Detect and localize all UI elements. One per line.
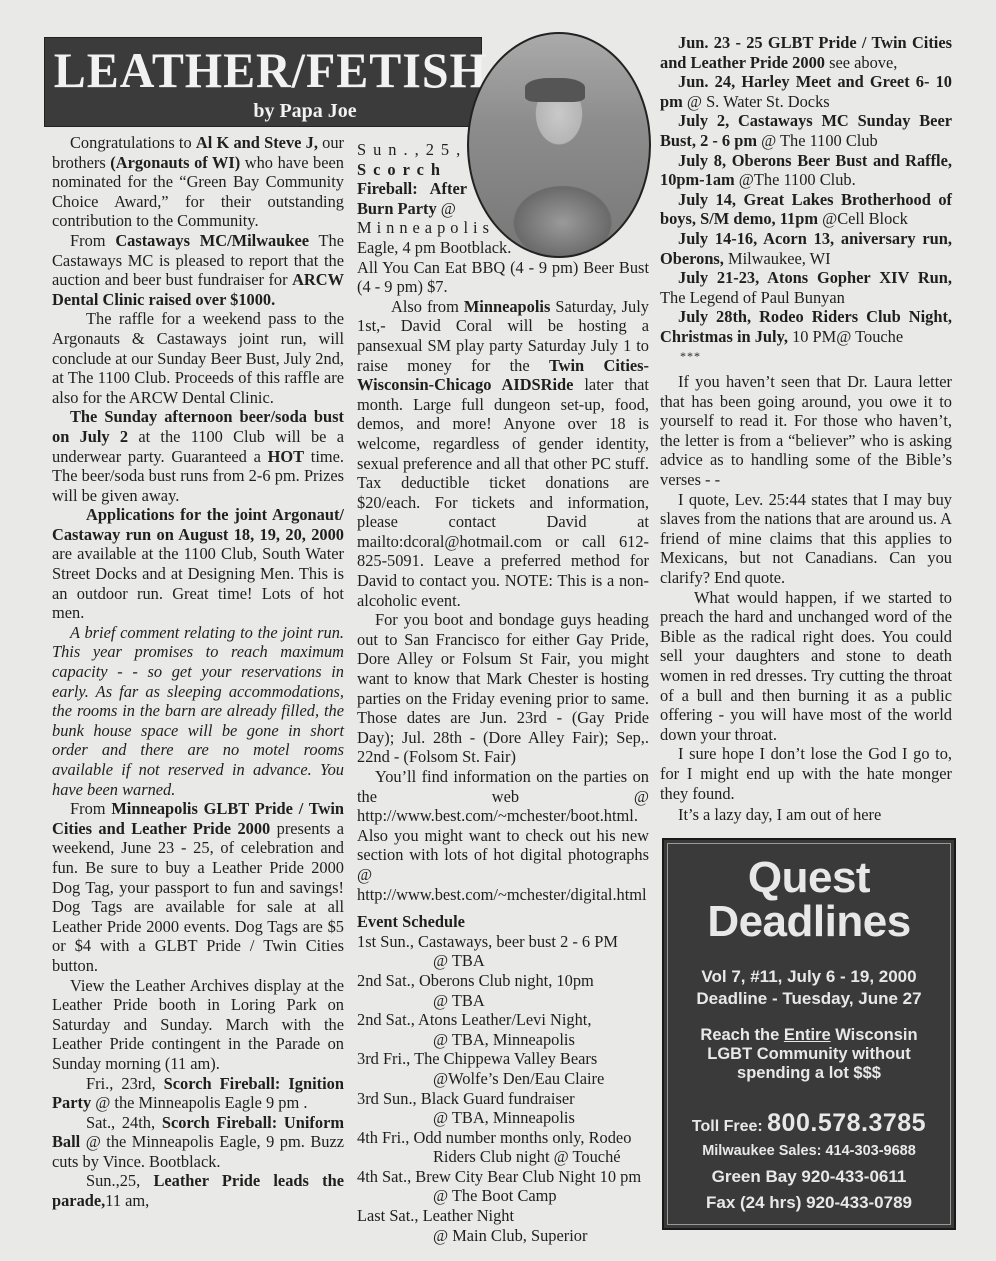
text: Eagle, 4 pm Bootblack. [357, 238, 649, 258]
schedule-row: 2nd Sat., Oberons Club night, 10pm@ TBA [357, 971, 649, 1010]
schedule-row: 1st Sun., Castaways, beer bust 2 - 6 PM@… [357, 932, 649, 971]
paragraph: The raffle for a weekend pass to the Arg… [52, 309, 344, 407]
ad-milwaukee-sales: Milwaukee Sales: 414-303-9688 [664, 1138, 954, 1164]
schedule-row: 2nd Sat., Atons Leather/Levi Night,@ TBA… [357, 1010, 649, 1049]
paragraph: Sat., 24th, Scorch Fireball: Uniform Bal… [52, 1113, 344, 1172]
schedule-when: 3rd Sun., [357, 1089, 417, 1108]
bold-text: Applications for the joint Argonaut/ Cas… [52, 505, 344, 544]
schedule-where: @ TBA, Minneapolis [357, 1030, 649, 1050]
toll-free-label: Toll Free: [692, 1118, 767, 1135]
newspaper-page: LEATHER/FETISH by Papa Joe Congratulatio… [0, 0, 996, 1261]
text: @The 1100 Club. [735, 170, 856, 189]
paragraph: Also from Minneapolis Saturday, July 1st… [357, 297, 649, 611]
text: The Legend of Paul Bunyan [660, 288, 845, 307]
section-divider-stars: *** [660, 347, 952, 367]
paragraph: I quote, Lev. 25:44 states that I may bu… [660, 490, 952, 588]
column-header-banner: LEATHER/FETISH by Papa Joe [44, 37, 482, 127]
event-listing: July 14, Great Lakes Brotherhood of boys… [660, 190, 952, 229]
schedule-what: The Chippewa Valley Bears [414, 1049, 597, 1068]
text: Milwaukee, WI [724, 249, 831, 268]
schedule-where: @ TBA, Minneapolis [357, 1108, 649, 1128]
ad-title-line: Quest [664, 856, 954, 900]
schedule-row: 4th Sat., Brew City Bear Club Night 10 p… [357, 1167, 649, 1206]
italic-paragraph: A brief comment relating to the joint ru… [52, 623, 344, 799]
event-schedule-title: Event Schedule [357, 912, 649, 932]
event-schedule: Event Schedule 1st Sun., Castaways, beer… [357, 912, 649, 1245]
text: @ S. Water St. Docks [683, 92, 830, 111]
text: @ the Minneapolis Eagle 9 pm . [91, 1093, 307, 1112]
ad-issue-info: Vol 7, #11, July 6 - 19, 2000 [664, 966, 954, 988]
bold-text: Jun. 23 - 25 GLBT Pride / Twin Cities an… [660, 33, 952, 72]
schedule-when: 3rd Fri., [357, 1049, 410, 1068]
quest-deadlines-ad: Quest Deadlines Vol 7, #11, July 6 - 19,… [662, 838, 956, 1230]
bold-text: Al K and Steve J, [196, 133, 318, 152]
paragraph: Sun.,25, Leather Pride leads the parade,… [52, 1171, 344, 1210]
ad-green-bay-phone: Green Bay 920-433-0611 [664, 1164, 954, 1190]
text: Scorch [357, 160, 467, 180]
text: Also from [391, 297, 464, 316]
paragraph: The Sunday afternoon beer/soda bust on J… [52, 407, 344, 505]
schedule-when: 4th Fri., [357, 1128, 409, 1147]
schedule-row: 3rd Fri., The Chippewa Valley Bears@Wolf… [357, 1049, 649, 1088]
bold-text: Castaways MC/Milwaukee [115, 231, 309, 250]
paragraph: From Castaways MC/Milwaukee The Castaway… [52, 231, 344, 309]
event-listing: July 28th, Rodeo Riders Club Night, Chri… [660, 307, 952, 346]
ad-toll-free: Toll Free: 800.578.3785 [664, 1109, 954, 1138]
text: All You Can Eat BBQ (4 - 9 pm) Beer Bust… [357, 258, 649, 297]
schedule-what: Leather Night [423, 1206, 514, 1225]
text: see above, [825, 53, 897, 72]
paragraph: For you boot and bondage guys heading ou… [357, 610, 649, 767]
event-listing: July 8, Oberons Beer Bust and Raffle, 10… [660, 151, 952, 190]
italic-text: A brief comment relating to the joint ru… [52, 623, 344, 799]
text: From [70, 799, 111, 818]
schedule-row: 4th Fri., Odd number months only, RodeoR… [357, 1128, 649, 1167]
text: Sun.,25, [86, 1171, 153, 1190]
bold-text: Scorch [357, 160, 447, 179]
schedule-when: 2nd Sat., [357, 1010, 415, 1029]
text: Sun.,25, [357, 140, 467, 160]
bold-text: HOT [268, 447, 304, 466]
text: From [70, 231, 115, 250]
schedule-what: Castaways, beer bust 2 - 6 PM [418, 932, 618, 951]
ad-fax: Fax (24 hrs) 920-433-0789 [664, 1190, 954, 1216]
toll-free-number: 800.578.3785 [767, 1109, 926, 1137]
text: Sat., 24th, [86, 1113, 162, 1132]
text: 10 PM@ Touche [788, 327, 903, 346]
schedule-what: Oberons Club night, 10pm [419, 971, 594, 990]
text: presents a weekend, June 23 - 25, of cel… [52, 819, 344, 975]
schedule-where: @ TBA [357, 991, 649, 1011]
text: LGBT Community without [664, 1045, 954, 1064]
paragraph: What would happen, if we started to prea… [660, 588, 952, 745]
text: @ The 1100 Club [757, 131, 878, 150]
paragraph: I sure hope I don’t lose the God I go to… [660, 744, 952, 803]
paragraph: Fri., 23rd, Scorch Fireball: Ignition Pa… [52, 1074, 344, 1113]
paragraph: If you haven’t seen that Dr. Laura lette… [660, 372, 952, 490]
article-column-2: Sun.,25, Scorch Fireball: After Burn Par… [357, 140, 649, 1245]
article-column-3: Jun. 23 - 25 GLBT Pride / Twin Cities an… [660, 33, 952, 825]
event-listing: Jun. 23 - 25 GLBT Pride / Twin Cities an… [660, 33, 952, 72]
schedule-row: 3rd Sun., Black Guard fundraiser@ TBA, M… [357, 1089, 649, 1128]
article-column-1: Congratulations to Al K and Steve J, our… [52, 133, 344, 1211]
event-listing: July 21-23, Atons Gopher XIV Run, The Le… [660, 268, 952, 307]
underlined-text: Entire [784, 1026, 831, 1044]
schedule-where: @ TBA [357, 951, 649, 971]
text: 11 am, [105, 1191, 149, 1210]
bold-text: Minneapolis [464, 297, 551, 316]
text: Reach the [700, 1026, 783, 1044]
column-title: LEATHER/FETISH [54, 42, 476, 98]
paragraph: Applications for the joint Argonaut/ Cas… [52, 505, 344, 623]
text: Minneapolis [357, 218, 467, 238]
byline: by Papa Joe [85, 100, 525, 123]
ad-deadline: Deadline - Tuesday, June 27 [664, 988, 954, 1010]
schedule-when: 1st Sun., [357, 932, 414, 951]
paragraph: From Minneapolis GLBT Pride / Twin Citie… [52, 799, 344, 975]
schedule-when: 2nd Sat., [357, 971, 415, 990]
bold-text: (Argonauts of WI) [110, 153, 240, 172]
schedule-when: 4th Sat., [357, 1167, 411, 1186]
schedule-what: Brew City Bear Club Night 10 pm [415, 1167, 641, 1186]
wrapped-text-block: Sun.,25, Scorch Fireball: After Burn Par… [357, 140, 467, 238]
schedule-where: @Wolfe’s Den/Eau Claire [357, 1069, 649, 1089]
text: Congratulations to [70, 133, 196, 152]
ad-title-line: Deadlines [664, 900, 954, 944]
text: spending a lot $$$ [664, 1064, 954, 1083]
paragraph: View the Leather Archives display at the… [52, 976, 344, 1074]
schedule-what: Atons Leather/Levi Night, [418, 1010, 591, 1029]
event-listing: July 2, Castaways MC Sunday Beer Bust, 2… [660, 111, 952, 150]
text: Fireball: After Burn Party @ [357, 179, 467, 218]
schedule-what: Odd number months only, Rodeo [413, 1128, 631, 1147]
event-listing: Jun. 24, Harley Meet and Greet 6- 10 pm … [660, 72, 952, 111]
text: are available at the 1100 Club, South Wa… [52, 544, 344, 622]
bold-text: July 21-23, Atons Gopher XIV Run, [678, 268, 952, 287]
paragraph: It’s a lazy day, I am out of here [660, 805, 952, 825]
text: Wisconsin [831, 1026, 918, 1044]
text: @ [437, 199, 456, 218]
ad-title: Quest Deadlines [664, 856, 954, 944]
schedule-where: @ Main Club, Superior [357, 1226, 649, 1246]
schedule-what: Black Guard fundraiser [421, 1089, 575, 1108]
schedule-where: @ The Boot Camp [357, 1186, 649, 1206]
schedule-row: Last Sat., Leather Night@ Main Club, Sup… [357, 1206, 649, 1245]
text: @ the Minneapolis Eagle, 9 pm. Buzz cuts… [52, 1132, 344, 1171]
text: later that month. Large full dungeon set… [357, 375, 649, 610]
schedule-where: Riders Club night @ Touché [357, 1147, 649, 1167]
paragraph: Congratulations to Al K and Steve J, our… [52, 133, 344, 231]
paragraph: You’ll find information on the parties o… [357, 767, 649, 904]
text: @Cell Block [818, 209, 908, 228]
schedule-when: Last Sat., [357, 1206, 418, 1225]
text: Fri., 23rd, [86, 1074, 164, 1093]
event-listing: July 14-16, Acorn 13, aniversary run, Ob… [660, 229, 952, 268]
bold-text: July 14, Great Lakes Brotherhood of boys… [660, 190, 952, 229]
ad-tagline: Reach the Entire Wisconsin LGBT Communit… [664, 1026, 954, 1083]
